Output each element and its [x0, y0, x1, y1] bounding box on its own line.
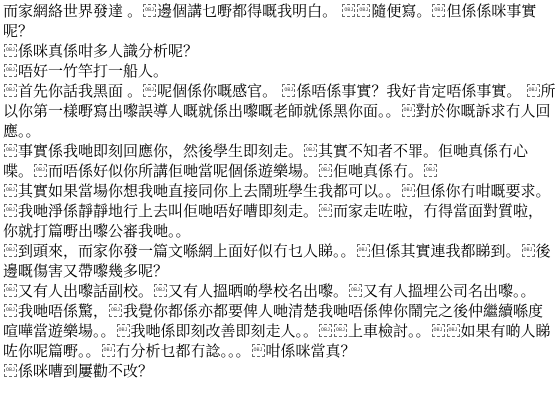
text-document: 而家網絡世界發達 。OBJ邊個講乜嘢都得嘅我明白。 OBJOBJ隨便寫。OBJ但…	[0, 0, 559, 382]
object-replacement-icon: OBJ	[432, 324, 445, 337]
object-replacement-icon: OBJ	[357, 244, 370, 257]
paragraph: OBJ係咪真係咁多人識分析呢？	[3, 42, 556, 62]
paragraph: OBJ其實如果當場你想我哋直接同你上去鬧班學生我都可以。。OBJ但係你冇咁嘅要求…	[3, 182, 556, 202]
object-replacement-icon: OBJ	[4, 84, 17, 97]
object-replacement-icon: OBJ	[319, 324, 332, 337]
paragraph: OBJ係咪嘈到屢勸不改？	[3, 362, 556, 382]
object-replacement-icon: OBJ	[34, 164, 47, 177]
object-replacement-icon: OBJ	[349, 284, 362, 297]
object-replacement-icon: OBJ	[357, 4, 370, 17]
object-replacement-icon: OBJ	[4, 304, 17, 317]
paragraph: OBJ唔好一竹竿打一船人。	[3, 62, 556, 82]
object-replacement-icon: OBJ	[334, 324, 347, 337]
object-replacement-icon: OBJ	[4, 64, 17, 77]
object-replacement-icon: OBJ	[154, 284, 167, 297]
object-replacement-icon: OBJ	[424, 164, 437, 177]
paragraph: OBJ事實係我哋即刻回應你，然後學生即刻走。OBJ其實不知者不罪。佢哋真係冇心喋…	[3, 142, 556, 182]
object-replacement-icon: OBJ	[447, 324, 460, 337]
object-replacement-icon: OBJ	[304, 144, 317, 157]
object-replacement-icon: OBJ	[252, 344, 265, 357]
object-replacement-icon: OBJ	[432, 4, 445, 17]
object-replacement-icon: OBJ	[319, 204, 332, 217]
paragraph: OBJ首先你話我黑面 。OBJ呢個係你嘅感官。 OBJ係唔係事實？我好肯定唔係事…	[3, 82, 556, 142]
object-replacement-icon: OBJ	[109, 304, 122, 317]
object-replacement-icon: OBJ	[117, 324, 130, 337]
object-replacement-icon: OBJ	[4, 44, 17, 57]
object-replacement-icon: OBJ	[143, 4, 156, 17]
object-replacement-icon: OBJ	[4, 244, 17, 257]
object-replacement-icon: OBJ	[4, 184, 17, 197]
object-replacement-icon: OBJ	[342, 4, 355, 17]
object-replacement-icon: OBJ	[527, 84, 540, 97]
object-replacement-icon: OBJ	[4, 284, 17, 297]
paragraph: OBJ又有人出嚟話副校。OBJ又有人搵晒啲學校名出嚟。OBJ又有人搵埋公司名出嚟…	[3, 282, 556, 302]
object-replacement-icon: OBJ	[4, 204, 17, 217]
object-replacement-icon: OBJ	[102, 344, 115, 357]
object-replacement-icon: OBJ	[522, 244, 535, 257]
object-replacement-icon: OBJ	[402, 184, 415, 197]
paragraph: OBJ我哋唔係驚，OBJ我覺你都係亦都要俾人哋清楚我哋唔係俾你鬧完之後仲繼續喺度…	[3, 302, 556, 362]
object-replacement-icon: OBJ	[4, 144, 17, 157]
paragraph: 而家網絡世界發達 。OBJ邊個講乜嘢都得嘅我明白。 OBJOBJ隨便寫。OBJ但…	[3, 2, 556, 42]
paragraph: OBJ我哋淨係靜靜地行上去叫佢哋唔好嘈即刻走。OBJ而家走咗啦，冇得當面對質啦，…	[3, 202, 556, 242]
object-replacement-icon: OBJ	[4, 364, 17, 377]
object-replacement-icon: OBJ	[282, 84, 295, 97]
object-replacement-icon: OBJ	[319, 164, 332, 177]
object-replacement-icon: OBJ	[143, 84, 156, 97]
paragraph: OBJ到頭來，而家你發一篇文喺網上面好似冇乜人睇。。OBJ但係其實連我都睇到。O…	[3, 242, 556, 282]
object-replacement-icon: OBJ	[402, 104, 415, 117]
